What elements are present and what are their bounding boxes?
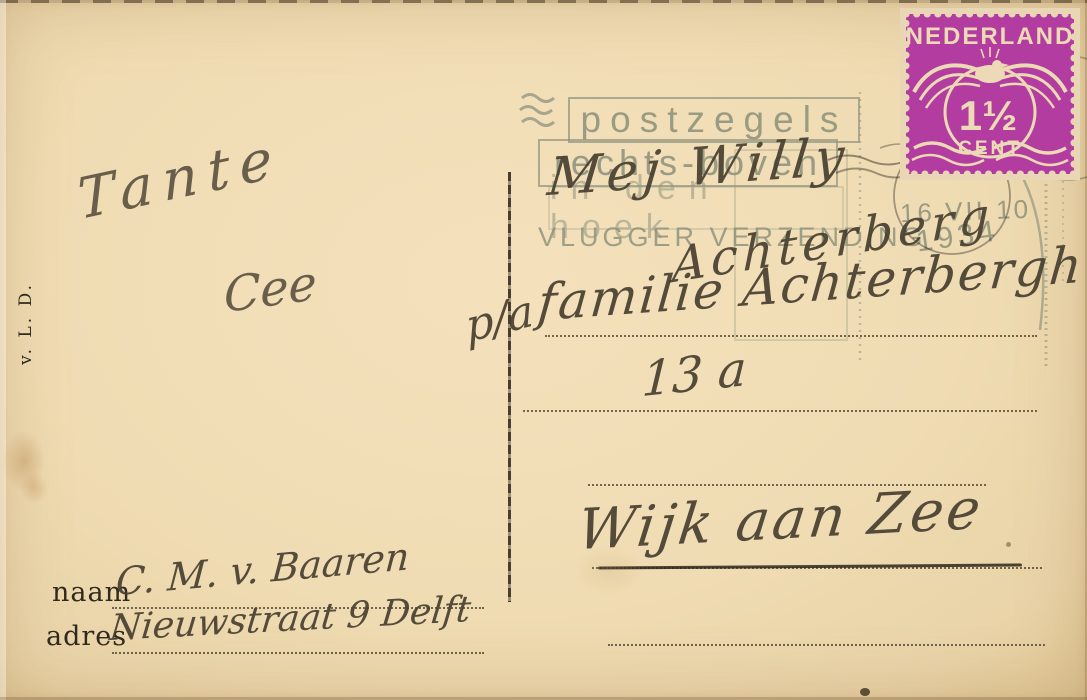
postcard-back: v. L. D. postzegels rechts-boven in den … bbox=[0, 0, 1087, 700]
paper-stain bbox=[572, 545, 646, 597]
stamp-unit-text: CENT bbox=[958, 138, 1022, 159]
handwriting-message-line-1: Tante bbox=[76, 124, 284, 233]
address-rule-1 bbox=[545, 335, 1037, 337]
publisher-mark: v. L. D. bbox=[16, 282, 36, 365]
address-divider-line bbox=[508, 172, 511, 602]
postage-stamp: NEDERLAND 1½ CENT bbox=[900, 8, 1080, 180]
handwriting-address-line-3: Wijk aan Zee bbox=[574, 477, 987, 564]
paper-speck bbox=[1006, 542, 1011, 547]
adres-rule bbox=[112, 652, 484, 654]
handwriting-address-line-2: 13 a bbox=[641, 341, 748, 409]
address-rule-5 bbox=[608, 644, 1045, 646]
paper-speck bbox=[860, 688, 870, 696]
address-rule-2 bbox=[523, 410, 1037, 412]
stamp-value-text: 1½ bbox=[959, 92, 1017, 139]
paper-stain bbox=[20, 472, 48, 504]
card-edge-left bbox=[0, 0, 6, 700]
stamp-country-text: NEDERLAND bbox=[906, 23, 1075, 50]
handwriting-care-of: p/a bbox=[463, 285, 536, 353]
handwriting-message-line-2: Cee bbox=[224, 255, 317, 325]
